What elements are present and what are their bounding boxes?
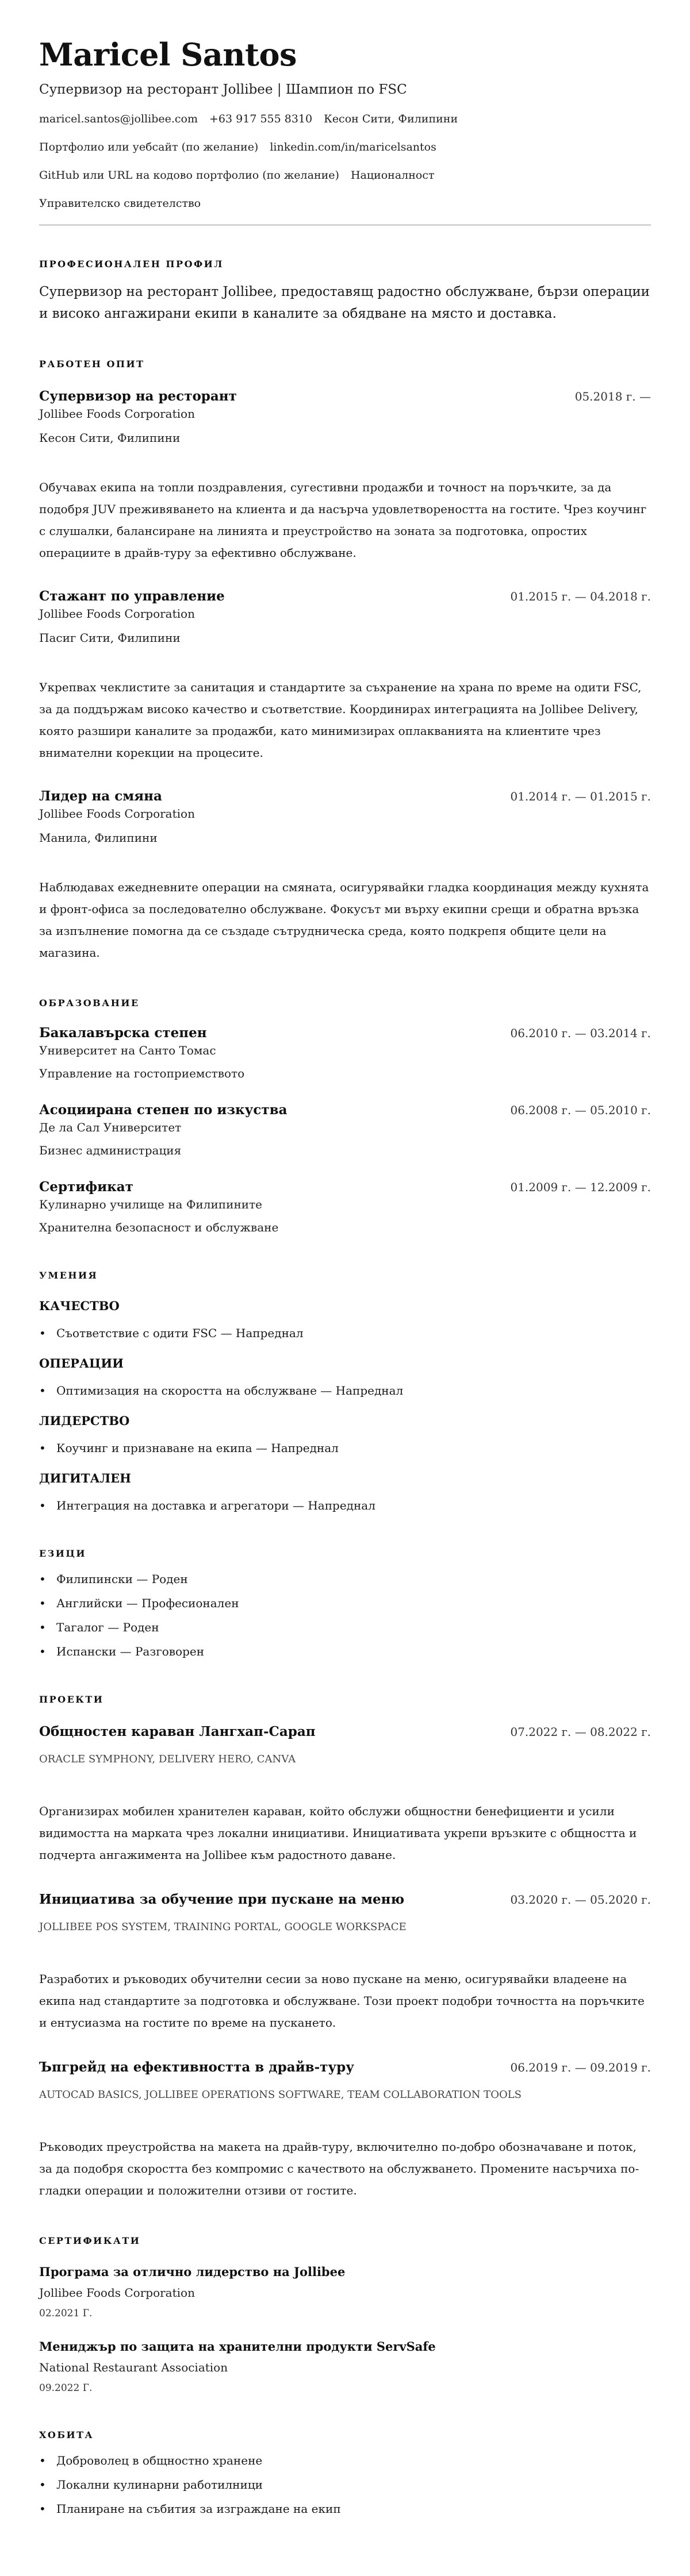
job-description: Укрепвах чеклистите за санитация и станд… — [39, 676, 651, 764]
company-name: Jollibee Foods Corporation — [39, 405, 651, 422]
project-dates: 06.2019 г. — 09.2019 г. — [510, 2059, 651, 2076]
job-location: Пасиг Сити, Филипини — [39, 629, 651, 646]
school-name: Де ла Сал Университет — [39, 1119, 651, 1136]
skill-list: Оптимизация на скоростта на обслужване —… — [39, 1382, 651, 1399]
hobby-item: Локални кулинарни работилници — [39, 2476, 651, 2493]
job-location: Кесон Сити, Филипини — [39, 429, 651, 446]
education-entry: Бакалавърска степен06.2010 г. — 03.2014 … — [39, 1025, 651, 1082]
certificate-issuer: National Restaurant Association — [39, 2359, 651, 2376]
project-description: Ръководих преустройства на макета на дра… — [39, 2136, 651, 2201]
certificates-section: Сертификати Програма за отлично лидерств… — [39, 2235, 651, 2396]
project-entry: Ъпгрейд на ефективността в драйв-туру06.… — [39, 2059, 651, 2201]
linkedin-link[interactable]: linkedin.com/in/maricelsantos — [270, 140, 436, 155]
languages-list: Филипински — РоденАнглийски — Професиона… — [39, 1570, 651, 1660]
github-link[interactable]: GitHub или URL на кодово портфолио (по ж… — [39, 168, 339, 183]
education-header: Асоциирана степен по изкуства06.2008 г. … — [39, 1102, 651, 1119]
skill-category-title: Операции — [39, 1356, 651, 1372]
section-title: Проекти — [39, 1693, 651, 1706]
project-dates: 03.2020 г. — 05.2020 г. — [510, 1891, 651, 1908]
project-tools: Oracle Symphony, Delivery Hero, Canva — [39, 1752, 651, 1767]
skill-category-title: Лидерство — [39, 1413, 651, 1429]
header-divider — [39, 224, 651, 226]
resume-header: Maricel Santos Супервизор на ресторант J… — [39, 36, 651, 226]
company-name: Jollibee Foods Corporation — [39, 605, 651, 622]
job-header: Лидер на смяна01.2014 г. — 01.2015 г. — [39, 788, 651, 805]
project-description: Разработих и ръководих обучителни сесии … — [39, 1968, 651, 2034]
project-entry: Инициатива за обучение при пускане на ме… — [39, 1891, 651, 2034]
hobbies-section: Хобита Доброволец в общностно храненеЛок… — [39, 2429, 651, 2517]
section-title: Сертификати — [39, 2235, 651, 2247]
location: Кесон Сити, Филипини — [324, 111, 458, 126]
project-entry: Общностен караван Лангхап-Сарап07.2022 г… — [39, 1723, 651, 1866]
job-entry: Лидер на смяна01.2014 г. — 01.2015 г.Jol… — [39, 788, 651, 964]
skill-list: Коучинг и признаване на екипа — Напредна… — [39, 1439, 651, 1457]
project-description: Организирах мобилен хранителен караван, … — [39, 1800, 651, 1866]
project-tools: Jollibee POS System, Training Portal, Go… — [39, 1920, 651, 1935]
certificate-date: 02.2021 г. — [39, 2306, 651, 2321]
skills-section: Умения КачествоСъответствие с одити FSC … — [39, 1269, 651, 1514]
job-title: Стажант по управление — [39, 588, 225, 605]
education-entry: Сертификат01.2009 г. — 12.2009 г.Кулинар… — [39, 1179, 651, 1236]
section-title: Езици — [39, 1547, 651, 1560]
section-title: Хобита — [39, 2429, 651, 2442]
education-section: Образование Бакалавърска степен06.2010 г… — [39, 997, 651, 1236]
project-header: Общностен караван Лангхап-Сарап07.2022 г… — [39, 1723, 651, 1741]
contact-row: Управителско свидетелство — [39, 196, 651, 211]
section-title: Работен опит — [39, 358, 651, 371]
job-header: Супервизор на ресторант05.2018 г. — — [39, 388, 651, 405]
field-of-study: Управление на гостоприемството — [39, 1065, 651, 1082]
company-name: Jollibee Foods Corporation — [39, 805, 651, 822]
hobby-item: Планиране на събития за изграждане на ек… — [39, 2500, 651, 2517]
portfolio-link[interactable]: Портфолио или уебсайт (по желание) — [39, 140, 258, 155]
job-dates: 01.2014 г. — 01.2015 г. — [510, 788, 651, 805]
education-entry: Асоциирана степен по изкуства06.2008 г. … — [39, 1102, 651, 1159]
language-item: Тагалог — Роден — [39, 1619, 651, 1636]
job-dates: 01.2015 г. — 04.2018 г. — [510, 588, 651, 605]
section-title: Образование — [39, 997, 651, 1010]
certificate-title: Програма за отлично лидерство на Jollibe… — [39, 2263, 651, 2281]
skill-item: Коучинг и признаване на екипа — Напредна… — [39, 1439, 651, 1457]
contact-row: GitHub или URL на кодово портфолио (по ж… — [39, 168, 651, 183]
headline: Супервизор на ресторант Jollibee | Шампи… — [39, 80, 651, 99]
project-dates: 07.2022 г. — 08.2022 г. — [510, 1723, 651, 1741]
school-name: Университет на Санто Томас — [39, 1042, 651, 1059]
drivers-license: Управителско свидетелство — [39, 196, 201, 211]
job-location: Манила, Филипини — [39, 829, 651, 846]
experience-section: Работен опит Супервизор на ресторант05.2… — [39, 358, 651, 964]
skill-category-title: Дигитален — [39, 1470, 651, 1487]
project-title: Ъпгрейд на ефективността в драйв-туру — [39, 2059, 354, 2076]
profile-summary: Супервизор на ресторант Jollibee, предос… — [39, 281, 651, 325]
skill-list: Съответствие с одити FSC — Напреднал — [39, 1324, 651, 1342]
project-title: Инициатива за обучение при пускане на ме… — [39, 1891, 404, 1908]
degree-title: Бакалавърска степен — [39, 1025, 207, 1042]
project-header: Инициатива за обучение при пускане на ме… — [39, 1891, 651, 1908]
project-title: Общностен караван Лангхап-Сарап — [39, 1723, 316, 1741]
certificate-date: 09.2022 г. — [39, 2381, 651, 2396]
education-dates: 06.2008 г. — 05.2010 г. — [510, 1102, 651, 1119]
email-link[interactable]: maricel.santos@jollibee.com — [39, 111, 198, 126]
contact-row: Портфолио или уебсайт (по желание) linke… — [39, 140, 651, 155]
job-header: Стажант по управление01.2015 г. — 04.201… — [39, 588, 651, 605]
skill-list: Интеграция на доставка и агрегатори — На… — [39, 1497, 651, 1514]
education-dates: 06.2010 г. — 03.2014 г. — [510, 1025, 651, 1042]
projects-section: Проекти Общностен караван Лангхап-Сарап0… — [39, 1693, 651, 2201]
candidate-name: Maricel Santos — [39, 36, 651, 74]
profile-section: Професионален профил Супервизор на ресто… — [39, 258, 651, 325]
education-dates: 01.2009 г. — 12.2009 г. — [510, 1179, 651, 1196]
education-header: Сертификат01.2009 г. — 12.2009 г. — [39, 1179, 651, 1196]
language-item: Филипински — Роден — [39, 1570, 651, 1588]
contact-block: maricel.santos@jollibee.com +63 917 555 … — [39, 111, 651, 211]
job-description: Наблюдавах ежедневните операции на смяна… — [39, 876, 651, 964]
certificate-issuer: Jollibee Foods Corporation — [39, 2284, 651, 2301]
hobby-item: Доброволец в общностно хранене — [39, 2452, 651, 2469]
section-title: Професионален профил — [39, 258, 651, 271]
field-of-study: Бизнес администрация — [39, 1142, 651, 1159]
skill-item: Съответствие с одити FSC — Напреднал — [39, 1324, 651, 1342]
job-title: Лидер на смяна — [39, 788, 162, 805]
skill-item: Интеграция на доставка и агрегатори — На… — [39, 1497, 651, 1514]
skill-category-title: Качество — [39, 1298, 651, 1314]
job-dates: 05.2018 г. — — [575, 388, 651, 405]
field-of-study: Хранителна безопасност и обслужване — [39, 1219, 651, 1236]
language-item: Испански — Разговорен — [39, 1643, 651, 1660]
certificate-entry: Програма за отлично лидерство на Jollibe… — [39, 2263, 651, 2321]
languages-section: Езици Филипински — РоденАнглийски — Проф… — [39, 1547, 651, 1660]
nationality: Националност — [351, 168, 435, 183]
language-item: Английски — Професионален — [39, 1595, 651, 1612]
degree-title: Сертификат — [39, 1179, 133, 1196]
education-header: Бакалавърска степен06.2010 г. — 03.2014 … — [39, 1025, 651, 1042]
contact-row: maricel.santos@jollibee.com +63 917 555 … — [39, 111, 651, 126]
certificate-title: Мениджър по защита на хранителни продукт… — [39, 2338, 651, 2355]
resume-page: Maricel Santos Супервизор на ресторант J… — [0, 0, 690, 2576]
job-entry: Супервизор на ресторант05.2018 г. —Jolli… — [39, 388, 651, 564]
project-header: Ъпгрейд на ефективността в драйв-туру06.… — [39, 2059, 651, 2076]
section-title: Умения — [39, 1269, 651, 1282]
job-description: Обучавах екипа на топли поздравления, су… — [39, 476, 651, 564]
project-tools: AutoCAD Basics, Jollibee Operations Soft… — [39, 2088, 651, 2103]
hobbies-list: Доброволец в общностно храненеЛокални ку… — [39, 2452, 651, 2517]
skill-item: Оптимизация на скоростта на обслужване —… — [39, 1382, 651, 1399]
job-entry: Стажант по управление01.2015 г. — 04.201… — [39, 588, 651, 764]
job-title: Супервизор на ресторант — [39, 388, 237, 405]
school-name: Кулинарно училище на Филипините — [39, 1196, 651, 1213]
certificate-entry: Мениджър по защита на хранителни продукт… — [39, 2338, 651, 2396]
degree-title: Асоциирана степен по изкуства — [39, 1102, 287, 1119]
phone-number[interactable]: +63 917 555 8310 — [209, 111, 312, 126]
